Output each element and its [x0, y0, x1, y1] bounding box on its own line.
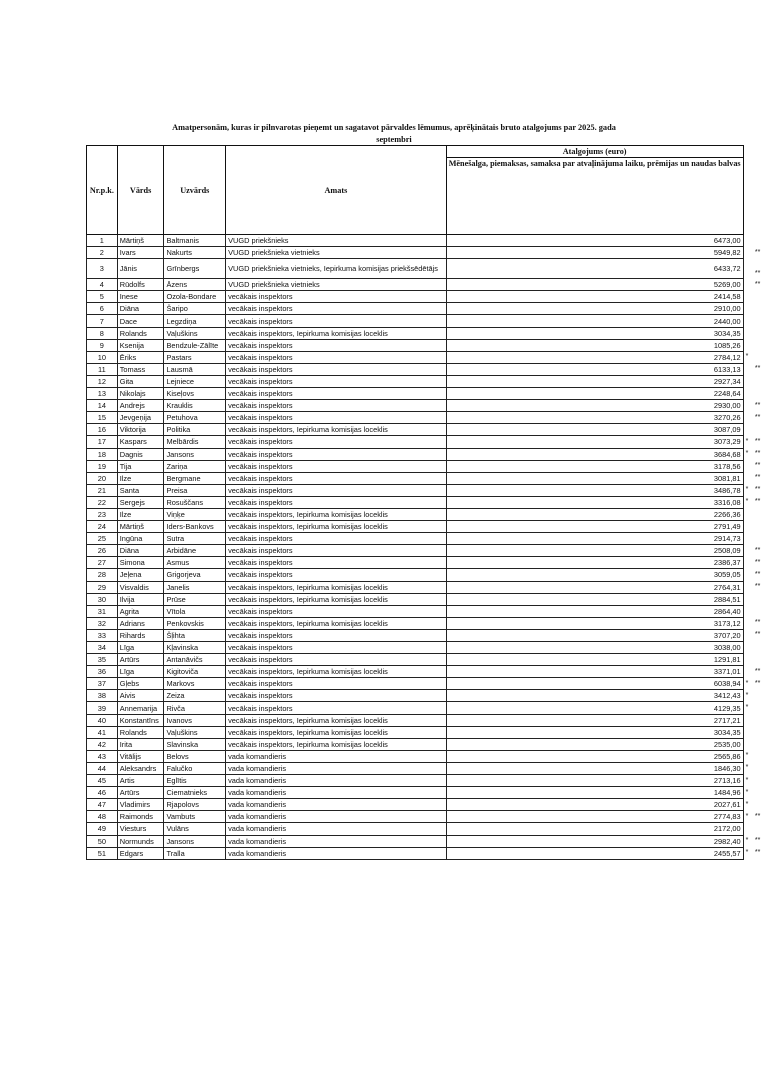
header-position: Amats: [226, 146, 447, 235]
position-cell: vecākais inspektors: [226, 291, 447, 303]
footnote-mark-1: *: [743, 775, 751, 787]
position-cell: vecākais inspektors, Iepirkuma komisijas…: [226, 593, 447, 605]
salary-cell: 3371,01: [446, 666, 743, 678]
last-name-cell: Prūse: [164, 593, 226, 605]
salary-cell: 2910,00: [446, 303, 743, 315]
last-name-cell: Markovs: [164, 678, 226, 690]
table-row: 30IlvijaPrūsevecākais inspektors, Iepirk…: [87, 593, 764, 605]
salary-cell: 2440,00: [446, 315, 743, 327]
position-cell: vecākais inspektors: [226, 654, 447, 666]
first-name-cell: Kaspars: [117, 436, 164, 448]
row-number: 49: [87, 823, 118, 835]
first-name-cell: Aivis: [117, 690, 164, 702]
footnote-mark-2: [751, 375, 764, 387]
last-name-cell: Zeiza: [164, 690, 226, 702]
position-cell: vada komandieris: [226, 775, 447, 787]
salary-cell: 2414,58: [446, 291, 743, 303]
footnote-mark-2: **: [751, 835, 764, 847]
position-cell: VUGD priekšnieks: [226, 235, 447, 247]
table-row: 22SergejsRosuščansvecākais inspektors331…: [87, 496, 764, 508]
position-cell: vada komandieris: [226, 787, 447, 799]
row-number: 37: [87, 678, 118, 690]
footnote-mark-1: [743, 424, 751, 436]
footnote-mark-2: [751, 714, 764, 726]
row-number: 25: [87, 533, 118, 545]
footnote-mark-1: *: [743, 835, 751, 847]
last-name-cell: Petuhova: [164, 412, 226, 424]
row-number: 2: [87, 247, 118, 259]
first-name-cell: Ivars: [117, 247, 164, 259]
footnote-mark-1: [743, 472, 751, 484]
row-number: 24: [87, 521, 118, 533]
footnote-mark-2: **: [751, 569, 764, 581]
footnote-mark-1: [743, 823, 751, 835]
row-number: 46: [87, 787, 118, 799]
position-cell: vecākais inspektors: [226, 339, 447, 351]
position-cell: VUGD priekšnieka vietnieks: [226, 279, 447, 291]
row-number: 29: [87, 581, 118, 593]
footnote-mark-1: [743, 605, 751, 617]
salary-cell: 2764,31: [446, 581, 743, 593]
salary-cell: 3034,35: [446, 726, 743, 738]
first-name-cell: Santa: [117, 484, 164, 496]
footnote-mark-2: **: [751, 811, 764, 823]
first-name-cell: Ilvija: [117, 593, 164, 605]
last-name-cell: Kiseļovs: [164, 388, 226, 400]
position-cell: vada komandieris: [226, 847, 447, 859]
footnote-mark-1: [743, 726, 751, 738]
salary-cell: 3087,09: [446, 424, 743, 436]
row-number: 38: [87, 690, 118, 702]
table-row: 9KsenijaBendzule-Zālītevecākais inspekto…: [87, 339, 764, 351]
row-number: 39: [87, 702, 118, 714]
table-row: 20IlzeBergmanevecākais inspektors3081,81…: [87, 472, 764, 484]
row-number: 26: [87, 545, 118, 557]
table-row: 21SantaPreisavecākais inspektors3486,78*…: [87, 484, 764, 496]
footnote-mark-2: **: [751, 363, 764, 375]
footnote-mark-2: **: [751, 279, 764, 291]
position-cell: vecākais inspektors: [226, 557, 447, 569]
last-name-cell: Rosuščans: [164, 496, 226, 508]
table-row: 43VitālijsBelovsvada komandieris2565,86*: [87, 750, 764, 762]
row-number: 28: [87, 569, 118, 581]
footnote-mark-1: [743, 259, 751, 279]
last-name-cell: Krauklis: [164, 400, 226, 412]
footnote-mark-2: **: [751, 484, 764, 496]
first-name-cell: Aleksandrs: [117, 762, 164, 774]
table-row: 39AnnemarijaRivčavecākais inspektors4129…: [87, 702, 764, 714]
footnote-mark-1: [743, 569, 751, 581]
position-cell: VUGD priekšnieka vietnieks, Iepirkuma ko…: [226, 259, 447, 279]
row-number: 21: [87, 484, 118, 496]
row-number: 50: [87, 835, 118, 847]
footnote-mark-1: *: [743, 762, 751, 774]
first-name-cell: Diāna: [117, 545, 164, 557]
salary-cell: 2864,40: [446, 605, 743, 617]
footnote-mark-1: *: [743, 678, 751, 690]
salary-cell: 2565,86: [446, 750, 743, 762]
first-name-cell: Rolands: [117, 726, 164, 738]
last-name-cell: Pastars: [164, 351, 226, 363]
last-name-cell: Belovs: [164, 750, 226, 762]
position-cell: vecākais inspektors: [226, 702, 447, 714]
position-cell: vada komandieris: [226, 835, 447, 847]
salary-cell: 2386,37: [446, 557, 743, 569]
table-body: 1MārtiņšBaltmanisVUGD priekšnieks6473,00…: [87, 235, 764, 860]
position-cell: vecākais inspektors: [226, 351, 447, 363]
row-number: 45: [87, 775, 118, 787]
position-cell: vecākais inspektors, Iepirkuma komisijas…: [226, 617, 447, 629]
salary-cell: 1846,30: [446, 762, 743, 774]
last-name-cell: Šļihta: [164, 629, 226, 641]
footnote-mark-1: [743, 545, 751, 557]
footnote-mark-1: *: [743, 351, 751, 363]
row-number: 35: [87, 654, 118, 666]
last-name-cell: Antanāvičs: [164, 654, 226, 666]
row-number: 41: [87, 726, 118, 738]
first-name-cell: Adrians: [117, 617, 164, 629]
row-number: 33: [87, 629, 118, 641]
footnote-mark-1: [743, 714, 751, 726]
footnote-mark-1: *: [743, 484, 751, 496]
footnote-mark-1: [743, 235, 751, 247]
footnote-mark-1: *: [743, 702, 751, 714]
footnote-mark-2: [751, 690, 764, 702]
table-row: 7DaceLegzdiņavecākais inspektors2440,00: [87, 315, 764, 327]
row-number: 22: [87, 496, 118, 508]
footnote-mark-1: [743, 400, 751, 412]
table-row: 27SimonaAsmusvecākais inspektors2386,37*…: [87, 557, 764, 569]
salary-cell: 3270,26: [446, 412, 743, 424]
first-name-cell: Diāna: [117, 303, 164, 315]
row-number: 6: [87, 303, 118, 315]
table-row: 50NormundsJansonsvada komandieris2982,40…: [87, 835, 764, 847]
footnote-mark-1: *: [743, 436, 751, 448]
footnote-mark-2: [751, 388, 764, 400]
salary-cell: 3059,05: [446, 569, 743, 581]
table-row: 14AndrejsKrauklisvecākais inspektors2930…: [87, 400, 764, 412]
table-row: 37GļebsMarkovsvecākais inspektors6038,94…: [87, 678, 764, 690]
table-row: 15JevgeņijaPetuhovavecākais inspektors32…: [87, 412, 764, 424]
last-name-cell: Zariņa: [164, 460, 226, 472]
table-row: 19TijaZariņavecākais inspektors3178,56**: [87, 460, 764, 472]
position-cell: vada komandieris: [226, 799, 447, 811]
salary-cell: 6038,94: [446, 678, 743, 690]
position-cell: vecākais inspektors: [226, 629, 447, 641]
last-name-cell: Nakurts: [164, 247, 226, 259]
position-cell: vecākais inspektors: [226, 533, 447, 545]
footnote-mark-1: *: [743, 690, 751, 702]
footnote-mark-1: [743, 291, 751, 303]
table-row: 46ArtūrsCiematnieksvada komandieris1484,…: [87, 787, 764, 799]
footnote-mark-1: *: [743, 799, 751, 811]
footnote-mark-1: [743, 508, 751, 520]
row-number: 48: [87, 811, 118, 823]
first-name-cell: Vitālijs: [117, 750, 164, 762]
row-number: 23: [87, 508, 118, 520]
salary-cell: 3707,20: [446, 629, 743, 641]
salary-table: Nr.p.k. Vārds Uzvārds Amats Atalgojums (…: [86, 145, 764, 860]
footnote-mark-2: **: [751, 847, 764, 859]
salary-cell: 1085,26: [446, 339, 743, 351]
salary-cell: 2455,57: [446, 847, 743, 859]
footnote-mark-2: **: [751, 629, 764, 641]
salary-cell: 2717,21: [446, 714, 743, 726]
first-name-cell: Simona: [117, 557, 164, 569]
row-number: 13: [87, 388, 118, 400]
footnote-mark-2: [751, 738, 764, 750]
position-cell: vecākais inspektors: [226, 496, 447, 508]
position-cell: vecākais inspektors: [226, 472, 447, 484]
salary-cell: 3034,35: [446, 327, 743, 339]
header-first-name: Vārds: [117, 146, 164, 235]
row-number: 15: [87, 412, 118, 424]
table-row: 12GitaLejniecevecākais inspektors2927,34: [87, 375, 764, 387]
table-row: 45ArtisEglītisvada komandieris2713,16*: [87, 775, 764, 787]
header-nr: Nr.p.k.: [87, 146, 118, 235]
footnote-mark-2: **: [751, 581, 764, 593]
salary-cell: 3081,81: [446, 472, 743, 484]
table-row: 28JeļenaGrigorjevavecākais inspektors305…: [87, 569, 764, 581]
first-name-cell: Annemarija: [117, 702, 164, 714]
salary-cell: 2027,61: [446, 799, 743, 811]
footnote-mark-2: [751, 726, 764, 738]
position-cell: vecākais inspektors, Iepirkuma komisijas…: [226, 424, 447, 436]
footnote-mark-2: [751, 235, 764, 247]
first-name-cell: Edgars: [117, 847, 164, 859]
footnote-mark-2: [751, 351, 764, 363]
table-row: 23IlzeViņķevecākais inspektors, Iepirkum…: [87, 508, 764, 520]
position-cell: vecākais inspektors: [226, 400, 447, 412]
footnote-mark-2: **: [751, 678, 764, 690]
last-name-cell: Baltmanis: [164, 235, 226, 247]
table-row: 51EdgarsTrallavada komandieris2455,57***: [87, 847, 764, 859]
footnote-mark-1: [743, 666, 751, 678]
first-name-cell: Tija: [117, 460, 164, 472]
first-name-cell: Gļebs: [117, 678, 164, 690]
footnote-mark-2: [751, 424, 764, 436]
first-name-cell: Rihards: [117, 629, 164, 641]
table-row: 34LīgaKļavinskavecākais inspektors3038,0…: [87, 642, 764, 654]
footnote-mark-1: [743, 533, 751, 545]
row-number: 51: [87, 847, 118, 859]
last-name-cell: Preisa: [164, 484, 226, 496]
footnote-mark-1: *: [743, 448, 751, 460]
first-name-cell: Normunds: [117, 835, 164, 847]
last-name-cell: Penkovskis: [164, 617, 226, 629]
salary-cell: 6433,72: [446, 259, 743, 279]
position-cell: vecākais inspektors: [226, 412, 447, 424]
footnote-mark-1: *: [743, 811, 751, 823]
last-name-cell: Ciematnieks: [164, 787, 226, 799]
footnote-mark-2: [751, 533, 764, 545]
footnote-mark-1: [743, 521, 751, 533]
first-name-cell: Viesturs: [117, 823, 164, 835]
footnote-mark-1: [743, 642, 751, 654]
last-name-cell: Kļavinska: [164, 642, 226, 654]
position-cell: vecākais inspektors, Iepirkuma komisijas…: [226, 508, 447, 520]
first-name-cell: Jevgeņija: [117, 412, 164, 424]
position-cell: vecākais inspektors: [226, 448, 447, 460]
table-row: 10ĒriksPastarsvecākais inspektors2784,12…: [87, 351, 764, 363]
first-name-cell: Vladimirs: [117, 799, 164, 811]
first-name-cell: Gita: [117, 375, 164, 387]
last-name-cell: Vambuts: [164, 811, 226, 823]
last-name-cell: Ozola-Bondare: [164, 291, 226, 303]
footnote-mark-2: [751, 702, 764, 714]
table-row: 18DagnisJansonsvecākais inspektors3684,6…: [87, 448, 764, 460]
last-name-cell: Šaripo: [164, 303, 226, 315]
table-row: 17KasparsMelbārdisvecākais inspektors307…: [87, 436, 764, 448]
first-name-cell: Dace: [117, 315, 164, 327]
footnote-mark-2: [751, 339, 764, 351]
first-name-cell: Mārtiņš: [117, 521, 164, 533]
table-row: 3JānisGrīnbergsVUGD priekšnieka vietniek…: [87, 259, 764, 279]
last-name-cell: Vulāns: [164, 823, 226, 835]
footnote-mark-1: [743, 363, 751, 375]
footnote-mark-2: [751, 315, 764, 327]
table-row: 5IneseOzola-Bondarevecākais inspektors24…: [87, 291, 764, 303]
footnote-mark-2: **: [751, 259, 764, 279]
table-row: 40KonstantīnsIvanovsvecākais inspektors,…: [87, 714, 764, 726]
last-name-cell: Grigorjeva: [164, 569, 226, 581]
row-number: 20: [87, 472, 118, 484]
row-number: 8: [87, 327, 118, 339]
position-cell: vecākais inspektors: [226, 569, 447, 581]
table-row: 35ArtūrsAntanāvičsvecākais inspektors129…: [87, 654, 764, 666]
header-salary: Mēnešalga, piemaksas, samaksa par atvaļi…: [446, 158, 743, 235]
footnote-mark-1: [743, 388, 751, 400]
salary-cell: 2248,64: [446, 388, 743, 400]
position-cell: vada komandieris: [226, 811, 447, 823]
salary-cell: 2982,40: [446, 835, 743, 847]
first-name-cell: Rolands: [117, 327, 164, 339]
table-row: 26DiānaArbidānevecākais inspektors2508,0…: [87, 545, 764, 557]
table-row: 25IngūnaSutravecākais inspektors2914,73: [87, 533, 764, 545]
first-name-cell: Līga: [117, 666, 164, 678]
first-name-cell: Nikolajs: [117, 388, 164, 400]
position-cell: vecākais inspektors: [226, 363, 447, 375]
footnote-mark-2: **: [751, 460, 764, 472]
first-name-cell: Agrita: [117, 605, 164, 617]
first-name-cell: Jānis: [117, 259, 164, 279]
row-number: 14: [87, 400, 118, 412]
footnote-mark-2: **: [751, 436, 764, 448]
page-title: Amatpersonām, kuras ir pilnvarotas pieņe…: [86, 122, 702, 146]
position-cell: vecākais inspektors, Iepirkuma komisijas…: [226, 327, 447, 339]
row-number: 32: [87, 617, 118, 629]
first-name-cell: Sergejs: [117, 496, 164, 508]
last-name-cell: Rivča: [164, 702, 226, 714]
last-name-cell: Arbidāne: [164, 545, 226, 557]
salary-cell: 2791,49: [446, 521, 743, 533]
last-name-cell: Asmus: [164, 557, 226, 569]
footnote-mark-1: [743, 412, 751, 424]
footnote-mark-2: **: [751, 557, 764, 569]
table-row: 29VisvaldisJanelisvecākais inspektors, I…: [87, 581, 764, 593]
salary-cell: 4129,35: [446, 702, 743, 714]
table-row: 38AivisZeizavecākais inspektors3412,43*: [87, 690, 764, 702]
first-name-cell: Artis: [117, 775, 164, 787]
salary-cell: 3073,29: [446, 436, 743, 448]
footnote-mark-2: **: [751, 545, 764, 557]
salary-cell: 3038,00: [446, 642, 743, 654]
table-row: 47VladimirsRjapolovsvada komandieris2027…: [87, 799, 764, 811]
footnote-mark-1: [743, 247, 751, 259]
row-number: 43: [87, 750, 118, 762]
position-cell: vecākais inspektors, Iepirkuma komisijas…: [226, 726, 447, 738]
footnote-mark-2: [751, 642, 764, 654]
footnote-mark-1: [743, 327, 751, 339]
last-name-cell: Jansons: [164, 448, 226, 460]
salary-cell: 6473,00: [446, 235, 743, 247]
footnote-mark-2: [751, 750, 764, 762]
row-number: 18: [87, 448, 118, 460]
first-name-cell: Ilze: [117, 508, 164, 520]
position-cell: VUGD priekšnieka vietnieks: [226, 247, 447, 259]
first-name-cell: Irita: [117, 738, 164, 750]
footnote-mark-2: **: [751, 496, 764, 508]
footnote-mark-1: [743, 279, 751, 291]
header-salary-group: Atalgojums (euro): [446, 146, 743, 158]
table-row: 16ViktorijaPolitikavecākais inspektors, …: [87, 424, 764, 436]
footnote-mark-2: [751, 508, 764, 520]
row-number: 34: [87, 642, 118, 654]
row-number: 19: [87, 460, 118, 472]
last-name-cell: Vaļuškins: [164, 327, 226, 339]
footnote-mark-2: **: [751, 617, 764, 629]
row-number: 44: [87, 762, 118, 774]
last-name-cell: Vītola: [164, 605, 226, 617]
row-number: 9: [87, 339, 118, 351]
table-row: 4RūdolfsĀzensVUGD priekšnieka vietnieks5…: [87, 279, 764, 291]
footnote-mark-2: [751, 521, 764, 533]
salary-cell: 2172,00: [446, 823, 743, 835]
last-name-cell: Legzdiņa: [164, 315, 226, 327]
first-name-cell: Konstantīns: [117, 714, 164, 726]
first-name-cell: Tomass: [117, 363, 164, 375]
last-name-cell: Lausmā: [164, 363, 226, 375]
title-line-1: Amatpersonām, kuras ir pilnvarotas pieņe…: [86, 122, 702, 134]
last-name-cell: Viņķe: [164, 508, 226, 520]
first-name-cell: Viktorija: [117, 424, 164, 436]
position-cell: vecākais inspektors: [226, 484, 447, 496]
footnote-mark-1: [743, 557, 751, 569]
salary-cell: 3178,56: [446, 460, 743, 472]
first-name-cell: Ilze: [117, 472, 164, 484]
last-name-cell: Bendzule-Zālīte: [164, 339, 226, 351]
footnote-mark-1: [743, 339, 751, 351]
row-number: 5: [87, 291, 118, 303]
last-name-cell: Grīnbergs: [164, 259, 226, 279]
table-row: 24MārtiņšIders-Bankovsvecākais inspektor…: [87, 521, 764, 533]
salary-cell: 2713,16: [446, 775, 743, 787]
first-name-cell: Ksenija: [117, 339, 164, 351]
table-row: 2IvarsNakurtsVUGD priekšnieka vietnieks5…: [87, 247, 764, 259]
salary-cell: 2930,00: [446, 400, 743, 412]
footnote-mark-2: [751, 327, 764, 339]
salary-cell: 2774,83: [446, 811, 743, 823]
salary-cell: 2508,09: [446, 545, 743, 557]
footnote-mark-2: **: [751, 247, 764, 259]
last-name-cell: Ivanovs: [164, 714, 226, 726]
table-row: 44AleksandrsFalučkovada komandieris1846,…: [87, 762, 764, 774]
position-cell: vecākais inspektors: [226, 642, 447, 654]
position-cell: vecākais inspektors: [226, 436, 447, 448]
row-number: 12: [87, 375, 118, 387]
row-number: 31: [87, 605, 118, 617]
table-row: 32AdriansPenkovskisvecākais inspektors, …: [87, 617, 764, 629]
